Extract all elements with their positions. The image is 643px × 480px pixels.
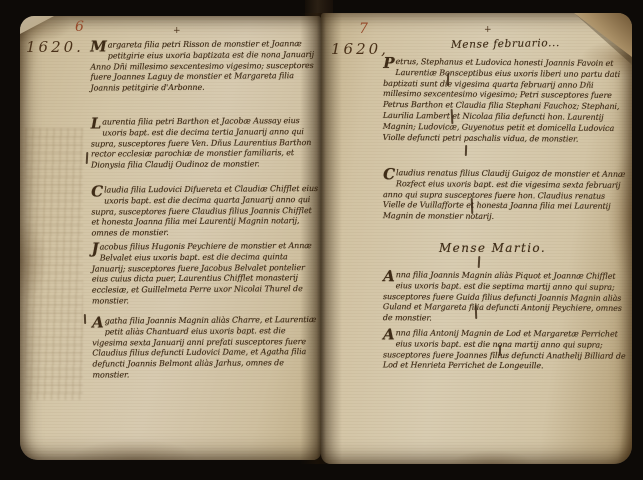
entry-initial: P [383, 57, 394, 70]
baptism-entry: Claudius renatus filius Claudij Guigoz d… [383, 168, 627, 224]
year-mark-right: 1620, [331, 40, 389, 58]
entry-text: acobus filius Hugonis Peychiere de monst… [92, 241, 312, 306]
entry-initial: C [383, 168, 395, 181]
baptism-entry: Laurentia filia petri Barthon et Jacobæ … [91, 116, 319, 172]
entry-initial: A [92, 316, 104, 329]
ink-bleed-through [25, 128, 83, 400]
right-page: 7 + 1620, Mense februario... Petrus, Ste… [321, 13, 632, 464]
entry-initial: A [383, 328, 395, 341]
ink-stroke [475, 305, 477, 319]
entry-text: nna filia Joannis Magnin aliàs Piquot et… [383, 270, 622, 322]
entry-text: laudius renatus filius Claudij Guigoz de… [383, 168, 626, 221]
entry-text: aurentia filia petri Barthon et Jacobæ A… [91, 116, 311, 170]
baptism-entry: Claudia filia Ludovici Difuereta et Clau… [91, 184, 319, 240]
ink-stroke [478, 256, 481, 268]
cross-mark-left: + [173, 26, 181, 36]
baptism-entry: Jacobus filius Hugonis Peychiere de mons… [92, 241, 320, 307]
ink-stroke [499, 345, 501, 356]
entry-initial: C [91, 185, 103, 198]
entry-initial: M [90, 40, 107, 53]
entry-initial: A [383, 270, 395, 283]
entry-text: gatha filia Joannis Magnin aliàs Charre,… [92, 315, 316, 380]
baptism-entry: Margareta filia petri Risson de monstier… [90, 39, 318, 95]
ink-stroke [86, 152, 89, 164]
year-mark-left: 1620. [26, 38, 84, 56]
folio-number-left: 6 [75, 19, 84, 35]
page-corner-fold [20, 16, 54, 34]
manuscript-photo: 6 + 1620. Margareta filia petri Risson d… [0, 0, 643, 480]
entry-initial: L [91, 117, 102, 130]
folio-number-right: 7 [359, 21, 368, 37]
entry-text: nna filia Antonij Magnin de Lod et Marga… [383, 328, 626, 370]
entry-text: argareta filia petri Risson de monstier … [90, 39, 314, 93]
left-page: 6 + 1620. Margareta filia petri Risson d… [20, 16, 321, 460]
month-heading-march: Mense Martio. [439, 241, 546, 255]
entry-text: laudia filia Ludovici Difuereta et Claud… [91, 184, 318, 238]
month-heading-february: Mense februario... [451, 37, 560, 51]
baptism-entry: Anna filia Joannis Magnin aliàs Piquot e… [383, 270, 627, 326]
ink-stroke [465, 145, 467, 156]
baptism-entry: Agatha filia Joannis Magnin aliàs Charre… [92, 315, 320, 381]
cross-mark-right: + [484, 25, 492, 35]
ink-stroke [84, 314, 86, 324]
entry-initial: J [92, 243, 99, 256]
baptism-entry: Petrus, Stephanus et Ludovica honesti Jo… [383, 57, 628, 146]
baptism-entry: Anna filia Antonij Magnin de Lod et Marg… [383, 328, 627, 372]
entry-text: etrus, Stephanus et Ludovica honesti Joa… [383, 57, 620, 143]
